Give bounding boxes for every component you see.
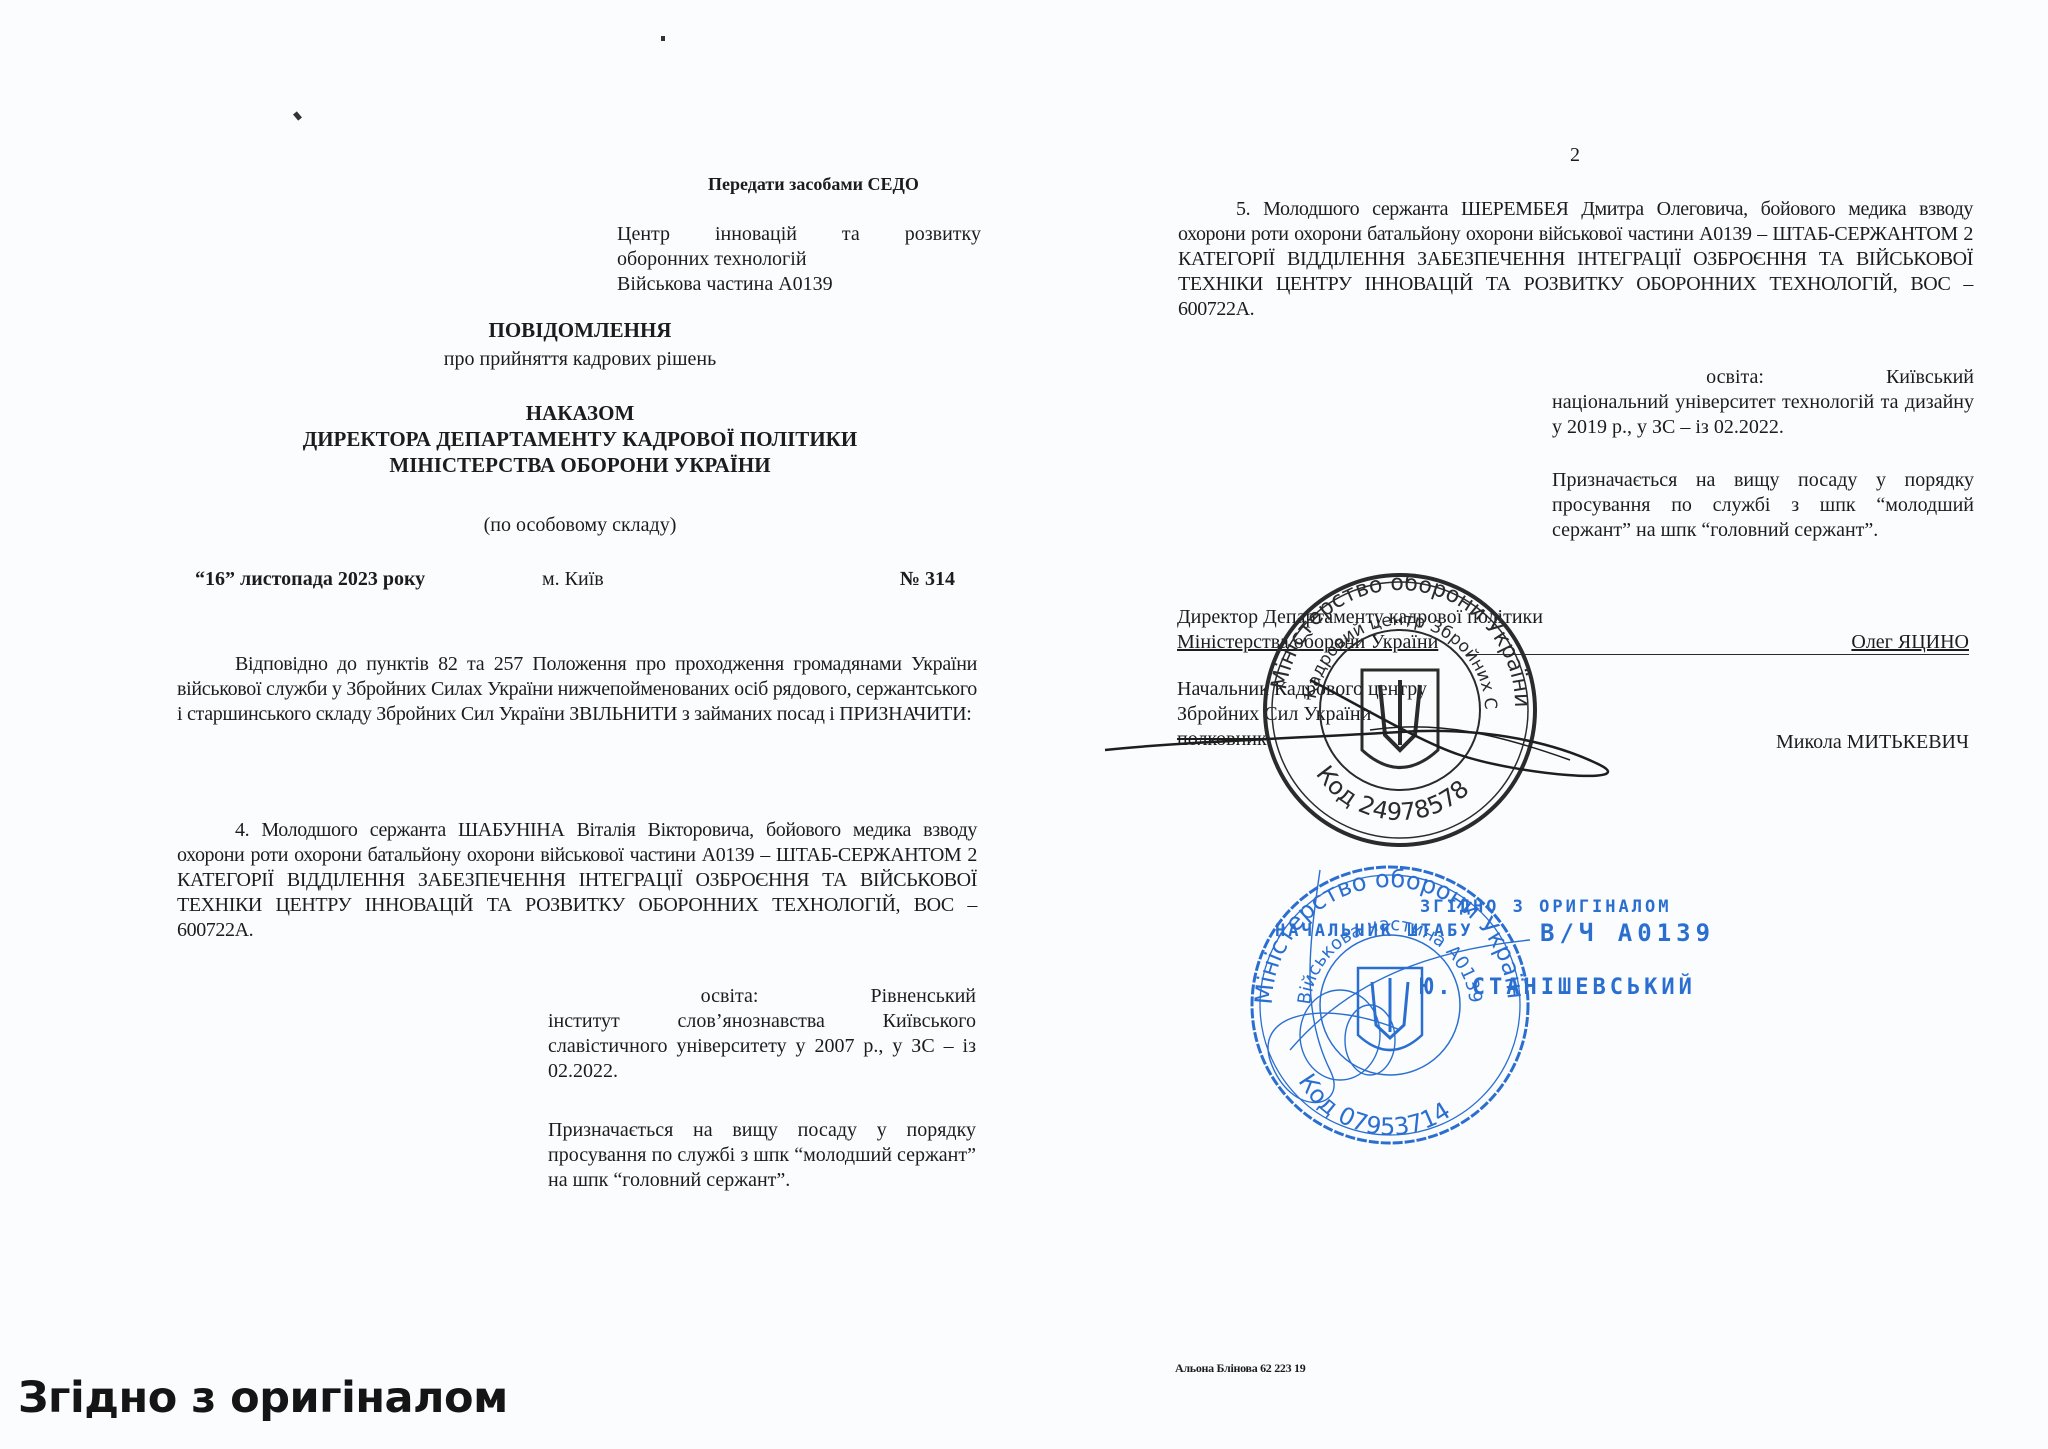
certified-copy-stamp-unit: В/Ч А0139 bbox=[1540, 919, 1715, 947]
stamp-code: Код 24978578 bbox=[1310, 760, 1474, 826]
order-city: м. Київ bbox=[542, 567, 604, 592]
recipient-word: розвитку bbox=[905, 222, 981, 247]
recipient-line-3: Військова частина А0139 bbox=[617, 272, 981, 297]
recipient-word: та bbox=[842, 222, 860, 247]
recipient-word: Центр bbox=[617, 222, 670, 247]
certified-copy-caption: Згідно з оригіналом bbox=[18, 1373, 508, 1423]
executor-contact: Альона Блінова 62 223 19 bbox=[1175, 1356, 1305, 1381]
notice-title: ПОВІДОМЛЕННЯ bbox=[380, 318, 780, 343]
kadrovyi-center-stamp: Міністерство оборони України Кадровий це… bbox=[1100, 560, 1660, 850]
intro-text: Відповідно до пунктів 82 та 257 Положенн… bbox=[177, 652, 977, 727]
education-label: освіта: bbox=[701, 984, 759, 1009]
scan-speck bbox=[293, 111, 302, 120]
staff-note: (по особовому складу) bbox=[380, 513, 780, 538]
certified-copy-stamp-line-1: ЗГІДНО З ОРИГІНАЛОМ bbox=[1420, 897, 1671, 917]
scan-speck bbox=[661, 36, 665, 41]
order-heading-line-1: НАКАЗОМ bbox=[230, 400, 930, 426]
director-name: Олег ЯЦИНО bbox=[1851, 630, 1969, 655]
certified-copy-stamp-line-2: НАЧАЛЬНИК ШТАБУ bbox=[1275, 921, 1474, 941]
chief-name: Микола МИТЬКЕВИЧ bbox=[1776, 730, 1969, 755]
education-details: інститут слов’янознавства Київського сла… bbox=[548, 1009, 976, 1084]
certified-copy-stamp-name: Ю. СТАНІШЕВСЬКИЙ bbox=[1420, 975, 1696, 1000]
education-label: освіта: bbox=[1706, 365, 1764, 390]
education-institution-start: Рівненський bbox=[870, 984, 976, 1009]
order-heading: НАКАЗОМ ДИРЕКТОРА ДЕПАРТАМЕНТУ КАДРОВОЇ … bbox=[230, 400, 930, 478]
trident-icon bbox=[1380, 680, 1420, 750]
blue-stamp-code: Код 07953714 bbox=[1293, 1069, 1456, 1142]
order-item-4: 4. Молодшого сержанта ШАБУНІНА Віталія В… bbox=[177, 818, 977, 943]
education-first-line: освіта: Рівненський bbox=[548, 984, 976, 1009]
education-first-line: освіта: Київський bbox=[1552, 365, 1974, 390]
recipient-line-1: Центр інновацій та розвитку bbox=[617, 222, 981, 247]
order-heading-line-3: МІНІСТЕРСТВА ОБОРОНИ УКРАЇНИ bbox=[230, 452, 930, 478]
page-number: 2 bbox=[1570, 143, 1590, 168]
order-heading-line-2: ДИРЕКТОРА ДЕПАРТАМЕНТУ КАДРОВОЇ ПОЛІТИКИ bbox=[230, 426, 930, 452]
order-number: № 314 bbox=[900, 567, 955, 592]
recipient-line-2: оборонних технологій bbox=[617, 247, 981, 272]
order-item-4-promotion: Призначається на вищу посаду у порядку п… bbox=[548, 1118, 976, 1193]
order-item-5-promotion: Призначається на вищу посаду у порядку п… bbox=[1552, 468, 1974, 543]
notice-subtitle: про прийняття кадрових рішень bbox=[380, 347, 780, 372]
date-line: “16” листопада 2023 року м. Київ № 314 bbox=[195, 567, 955, 593]
education-details: національний університет технологій та д… bbox=[1552, 390, 1974, 440]
order-item-4-text: 4. Молодшого сержанта ШАБУНІНА Віталія В… bbox=[177, 818, 977, 943]
order-item-5: 5. Молодшого сержанта ШЕРЕМБЕЯ Дмитра Ол… bbox=[1178, 197, 1973, 322]
recipient-block: Центр інновацій та розвитку оборонних те… bbox=[617, 222, 981, 297]
order-item-5-education: освіта: Київський національний університ… bbox=[1552, 365, 1974, 440]
recipient-word: інновацій bbox=[715, 222, 797, 247]
order-item-5-text: 5. Молодшого сержанта ШЕРЕМБЕЯ Дмитра Ол… bbox=[1178, 197, 1973, 322]
education-institution-start: Київський bbox=[1886, 365, 1974, 390]
order-date: “16” листопада 2023 року bbox=[195, 567, 425, 592]
send-via-sedo-note: Передати засобами СЕДО bbox=[708, 172, 919, 197]
order-item-4-education: освіта: Рівненський інститут слов’янозна… bbox=[548, 984, 976, 1084]
intro-paragraph: Відповідно до пунктів 82 та 257 Положенн… bbox=[177, 652, 977, 727]
trident-icon bbox=[1372, 978, 1408, 1038]
